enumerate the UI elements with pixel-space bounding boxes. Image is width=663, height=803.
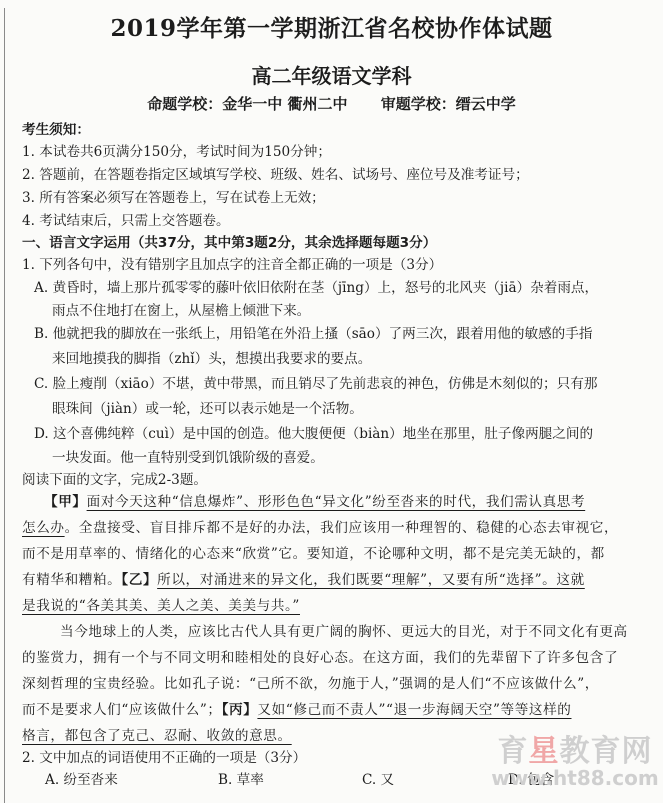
section-heading: 一、语言文字运用（共37分，其中第3题2分，其余选择题每题3分） xyxy=(22,231,436,251)
q1-option-a: A. 黄昏时，墙上那片孤零零的藤叶依旧依附在茎（jīng）上，怒号的北风夹（ji… xyxy=(34,276,598,296)
underlined-sentence-jia-cont: 怎么办 xyxy=(22,520,65,536)
exam-subtitle: 高二年级语文学科 xyxy=(0,60,663,89)
q1-option-b: B. 他就把我的脚放在一张纸上，用铅笔在外沿上搔（sāo）了两三次，跟着用他的敏… xyxy=(34,322,592,342)
reading-intro: 阅读下面的文字，完成2-3题。 xyxy=(22,468,207,488)
passage-line: 而不是用草率的、情绪化的心态来“欣赏”它。要知道，不论哪种文明，都不是完美无缺的… xyxy=(22,542,605,562)
school-info: 命题学校：金华一中 衢州二中 审题学校：缙云中学 xyxy=(0,93,663,114)
q1-option-c: C. 脸上瘦削（xiāo）不堪，黄中带黑，而且销尽了先前悲哀的神色，仿佛是木刻似… xyxy=(34,372,597,392)
underlined-sentence-bing: 又如“修己而不责人”“退一步海阔天空”等等这样的 xyxy=(257,702,571,718)
review-school: 审题学校：缙云中学 xyxy=(381,95,516,113)
passage-line: 的鉴赏力，拥有一个与不同文明和睦相处的良好心态。在这方面，我们的先辈留下了许多包… xyxy=(22,646,618,666)
q2-option-d: D. 包含 xyxy=(508,768,554,788)
passage-line: 格言，都包含了克己、忍耐、收敛的意思。 xyxy=(22,724,292,744)
q2-option-b: B. 草率 xyxy=(218,768,264,788)
passage-line: 深刻哲理的宝贵经验。比如孔子说：“己所不欲，勿施于人，”强调的是人们“不应该做什… xyxy=(22,672,599,692)
passage-line: 是我说的“各美其美、美人之美、美美与共。” xyxy=(22,594,300,614)
question-2-stem: 2. 文中加点的词语使用不正确的一项是（3分） xyxy=(22,746,306,766)
passage-line: 而不是要求人们“应该做什么”；【丙】又如“修己而不责人”“退一步海阔天空”等等这… xyxy=(22,698,571,718)
underlined-sentence-bing-cont: 格言，都包含了克己、忍耐、收敛的意思。 xyxy=(22,728,292,744)
passage-line: 当今地球上的人类，应该比古代人具有更广阔的胸怀、更远大的目光，对于不同文化有更高 xyxy=(60,620,628,640)
marker-bing: 【丙】 xyxy=(222,702,258,718)
watermark-logo: 育星教育网 xyxy=(490,726,660,770)
passage-line: 有精华和糟粕。【乙】所以，对涌进来的异文化，我们既要“理解”，又要有所“选择”。… xyxy=(22,568,585,588)
notice-item: 3. 所有答案必须写在答题卷上，写在试卷上无效； xyxy=(22,186,325,206)
q1-option-b-cont: 来回地摸我的脚指（zhǐ）头，想摸出我要求的要点。 xyxy=(52,347,371,367)
setting-schools: 命题学校：金华一中 衢州二中 xyxy=(147,95,347,113)
marker-yi: 【乙】 xyxy=(121,572,157,588)
q2-option-c: C. 又 xyxy=(362,768,394,788)
notice-heading: 考生须知： xyxy=(22,118,90,138)
underlined-sentence-yi-cont: 是我说的“各美其美、美人之美、美美与共。” xyxy=(22,598,300,614)
passage-line: 怎么办。全盘接受、盲目排斥都不是好的办法，我们应该用一种理智的、稳健的心态去审视… xyxy=(22,516,618,536)
marker-jia: 【甲】 xyxy=(44,494,87,510)
q1-option-d: D. 这个喜佛纯粹（cuì）是中国的创造。他大腹便便（biàn）地坐在那里，肚子… xyxy=(34,422,593,442)
q1-option-c-cont: 眼珠间（jiàn）或一轮，还可以表示她是一个活物。 xyxy=(52,397,363,417)
underlined-sentence-yi: 所以，对涌进来的异文化，我们既要“理解”，又要有所“选择”。这就 xyxy=(157,572,585,588)
exam-title: 2019学年第一学期浙江省名校协作体试题 xyxy=(0,10,663,43)
q1-option-d-cont: 一块发面。他一直特别受到饥饿阶级的喜爱。 xyxy=(52,446,324,466)
notice-item: 2. 答题前，在答题卷指定区域填写学校、班级、姓名、试场号、座位号及准考证号； xyxy=(22,163,529,183)
underlined-sentence-jia: 面对今天这种“信息爆炸”、形形色色“异文化”纷至沓来的时代，我们需认真思考 xyxy=(87,494,586,510)
q2-option-a: A. 纷至沓来 xyxy=(45,768,118,788)
passage-line: 【甲】面对今天这种“信息爆炸”、形形色色“异文化”纷至沓来的时代，我们需认真思考 xyxy=(44,490,585,510)
q1-option-a-cont: 雨点不住地打在窗上，从屋檐上倾泄下来。 xyxy=(52,299,310,319)
notice-item: 4. 考试结束后，只需上交答题卷。 xyxy=(22,209,230,229)
notice-item: 1. 本试卷共6页满分150分，考试时间为150分钟； xyxy=(22,140,331,160)
question-1-stem: 1. 下列各句中，没有错别字且加点字的注音全都正确的一项是（3分） xyxy=(22,253,442,273)
page-left-edge xyxy=(4,8,5,803)
